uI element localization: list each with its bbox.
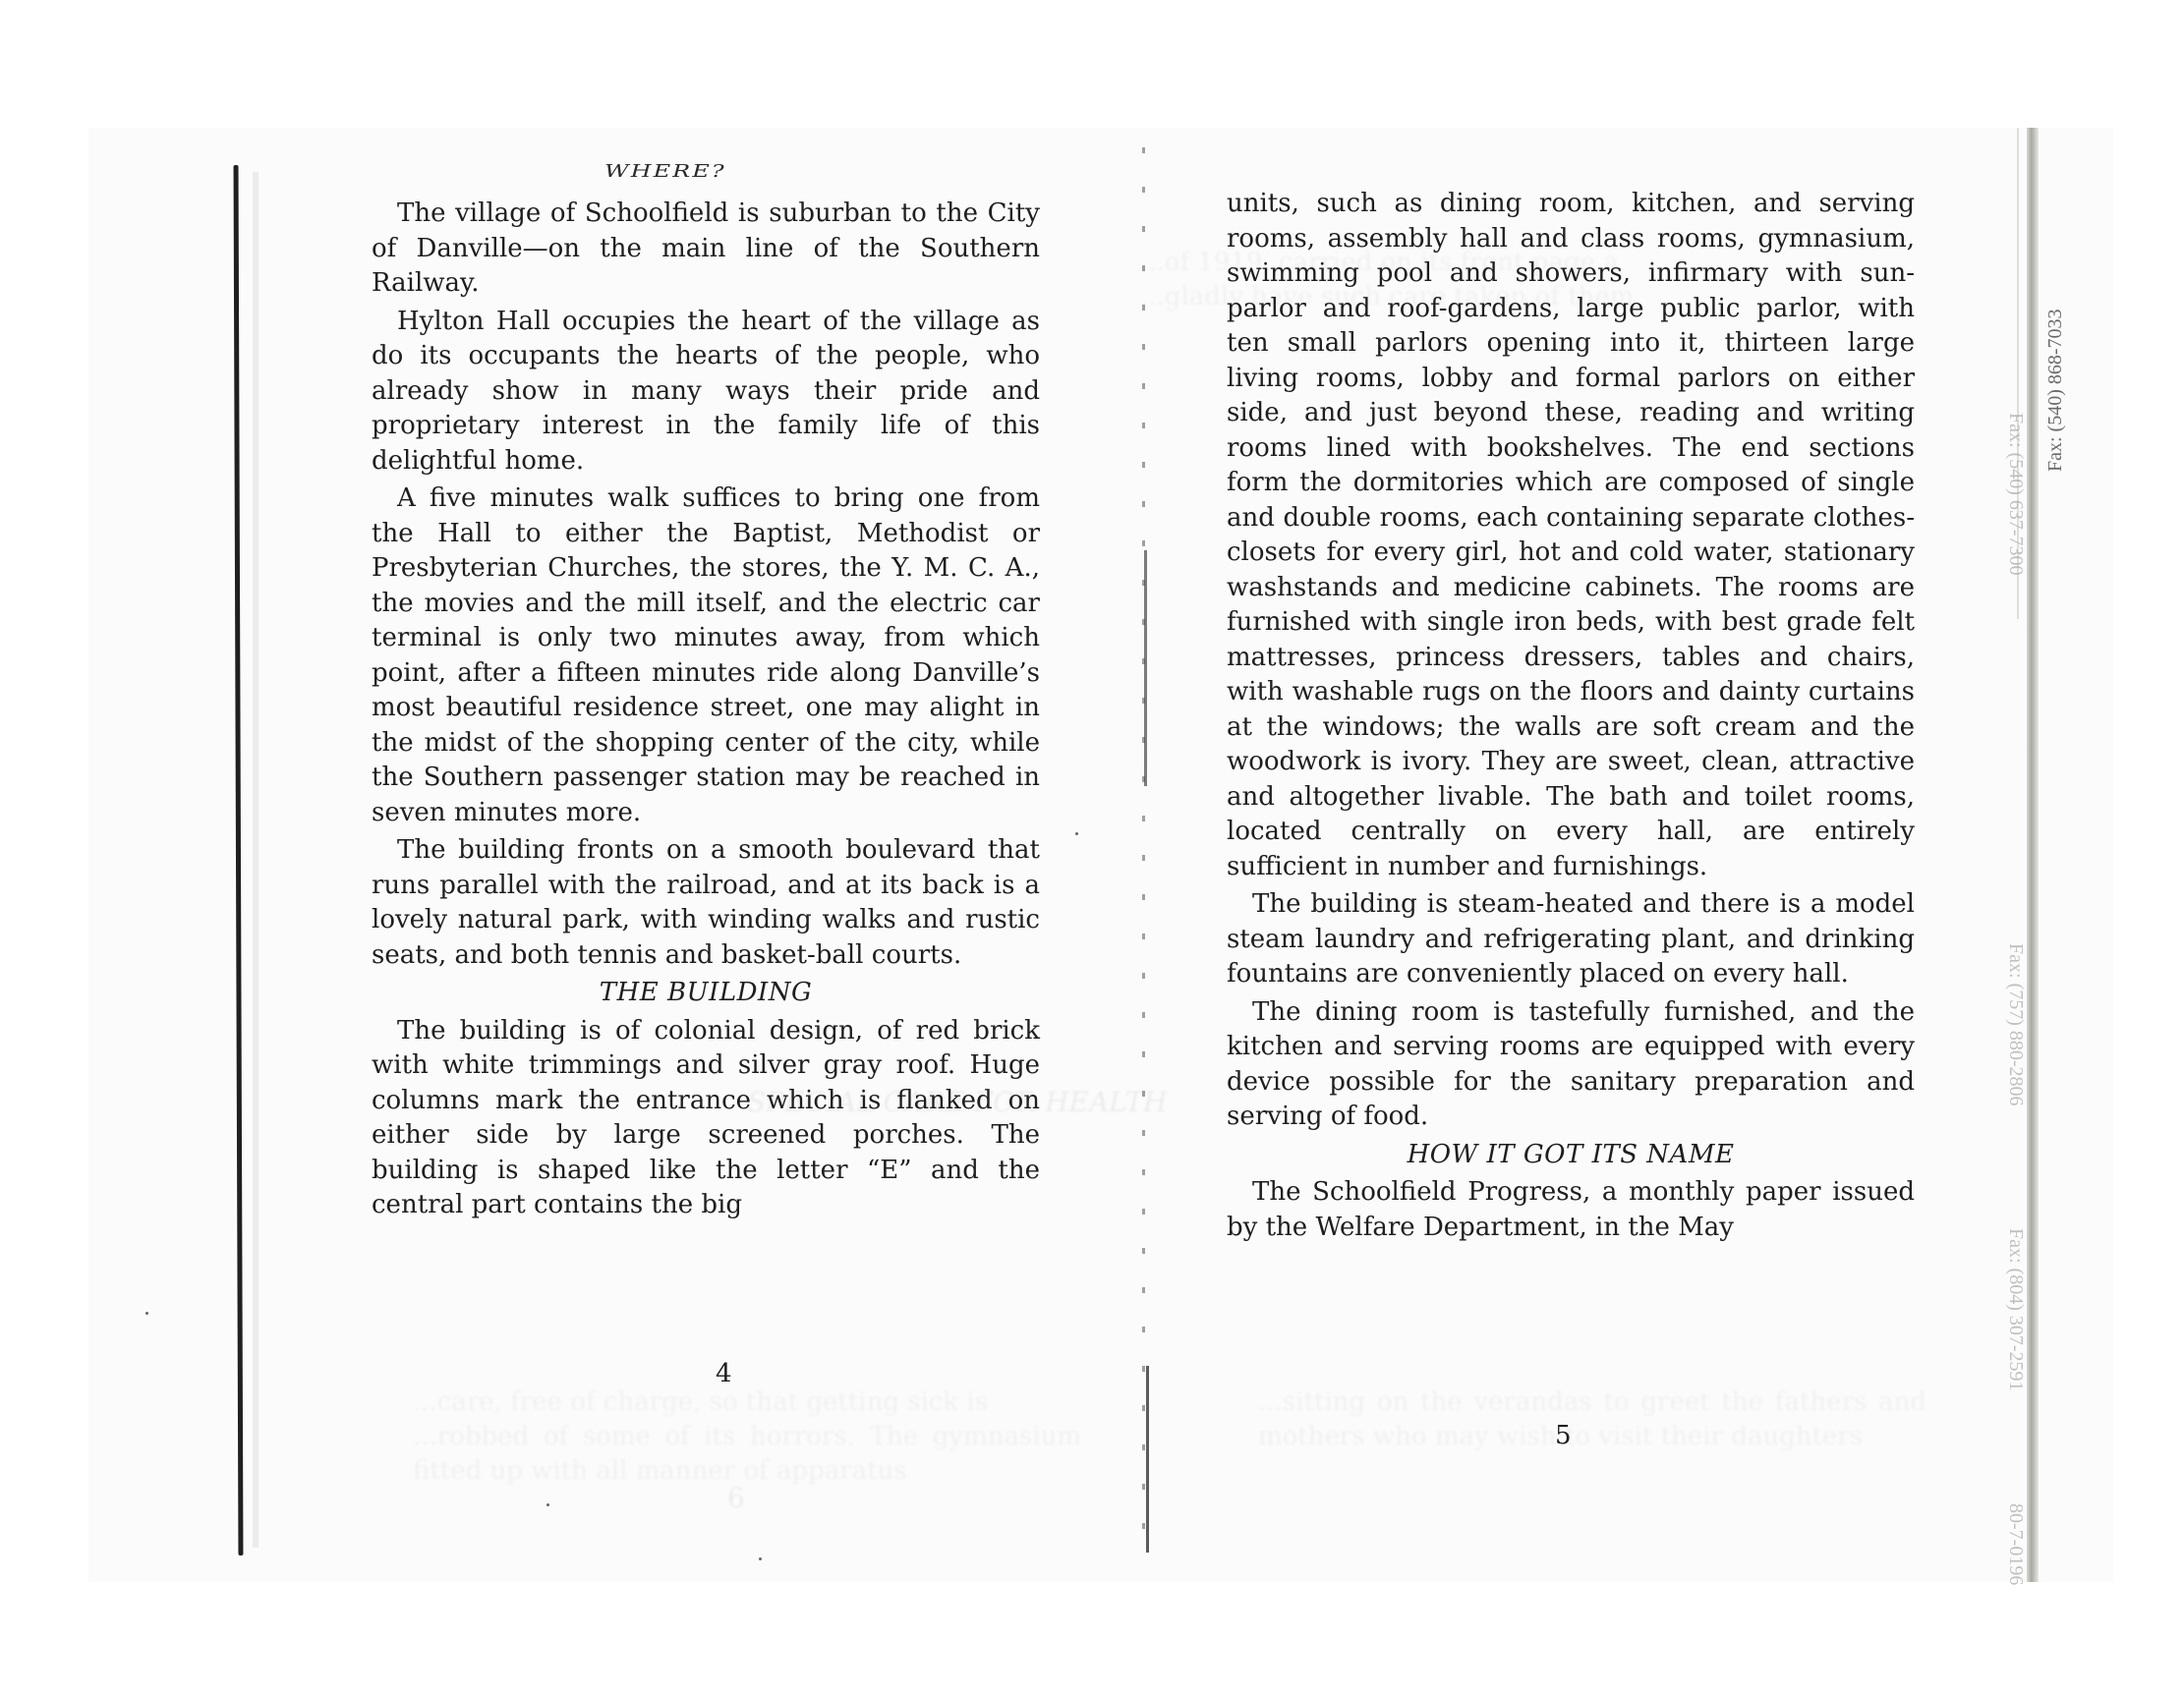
fax-stamp-mirrored: Fax: (757) 880-2806 <box>2004 943 2027 1106</box>
running-head: WHERE? <box>604 161 726 182</box>
scan-speck <box>1075 832 1078 835</box>
fax-stamp-mirrored: Fax: (804) 307-2591 <box>2004 1228 2027 1391</box>
section-heading: THE BUILDING <box>372 976 1040 1011</box>
paragraph: The building is steam-heated and there i… <box>1227 887 1915 992</box>
paragraph: The building fronts on a smooth boulevar… <box>372 833 1040 973</box>
center-gutter-mark <box>1146 1366 1149 1553</box>
binding-shadow <box>253 172 259 1548</box>
paragraph: The Schoolfield Progress, a monthly pape… <box>1227 1175 1915 1245</box>
fax-stamp: Fax: (540) 868-7033 <box>2044 309 2067 472</box>
fax-stamp-mirrored: Fax: (540) 637-7300 <box>2004 413 2027 576</box>
center-gutter <box>1142 147 1145 1543</box>
paragraph: The dining room is tastefully furnished,… <box>1227 995 1915 1135</box>
right-page: units, such as dining room, kitchen, and… <box>1227 187 1915 1245</box>
page-number: 5 <box>1555 1421 1572 1450</box>
left-page: The village of Schoolfield is suburban t… <box>372 197 1040 1223</box>
fax-stamp-mirrored: 80-7-0196 <box>2004 1503 2027 1585</box>
paragraph: The building is of colonial design, of r… <box>372 1014 1040 1223</box>
bleed-through-text: ...sitting on the verandas to greet the … <box>1258 1385 1926 1454</box>
scan-speck <box>546 1503 549 1506</box>
paragraph: A five minutes walk suffices to bring on… <box>372 481 1040 830</box>
bleed-through-page-number: 6 <box>727 1482 745 1514</box>
scan-speck <box>145 1312 148 1315</box>
bleed-through-text: ...care, free of charge, so that getting… <box>413 1385 1081 1489</box>
center-gutter-mark <box>1144 550 1147 786</box>
scan-speck <box>759 1557 762 1560</box>
section-heading: HOW IT GOT ITS NAME <box>1227 1138 1915 1173</box>
paragraph: Hylton Hall occupies the heart of the vi… <box>372 305 1040 480</box>
right-page-edge <box>2027 128 2039 1582</box>
paragraph: The village of Schoolfield is suburban t… <box>372 197 1040 302</box>
paragraph-continued: units, such as dining room, kitchen, and… <box>1227 187 1915 884</box>
page-number: 4 <box>716 1359 732 1388</box>
